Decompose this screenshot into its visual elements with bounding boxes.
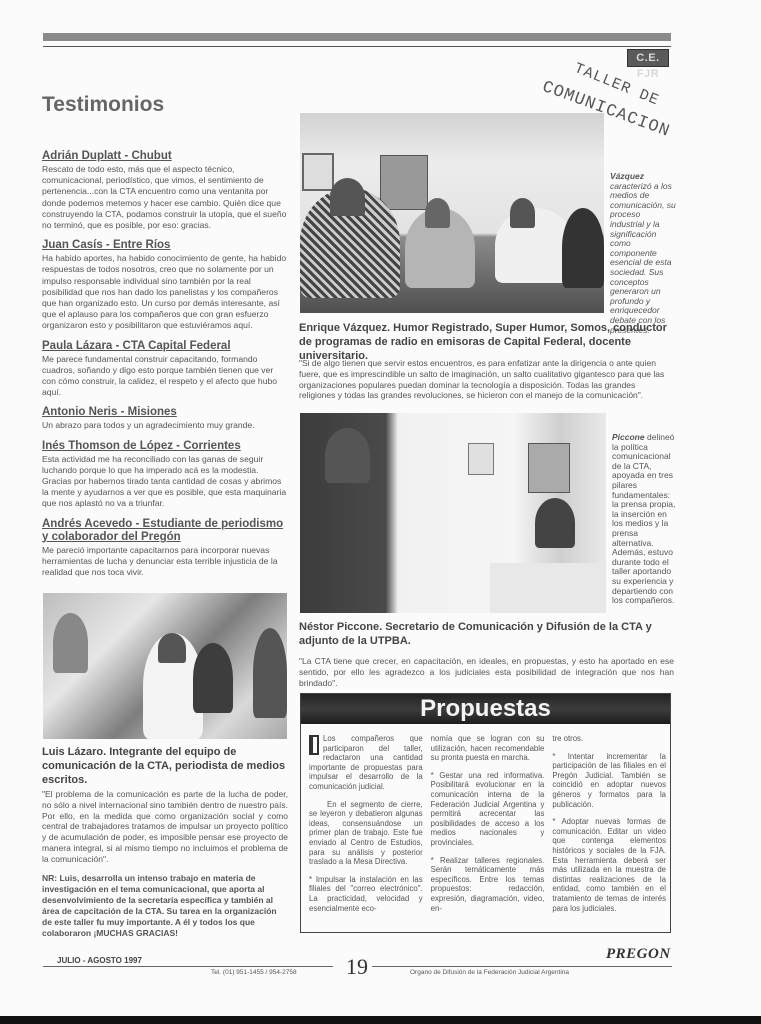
luis-quote: "El problema de la comunicación es parte…: [42, 789, 288, 865]
vazquez-heading: Enrique Vázquez. Humor Registrado, Super…: [299, 321, 674, 363]
piccone-heading: Néstor Piccone. Secretario de Comunicaci…: [299, 620, 674, 648]
editor-note: NR: Luis, desarrolla un intenso trabajo …: [42, 873, 288, 939]
phone-number: Tel. (01) 951-1455 / 954-2758: [211, 969, 297, 976]
page-bottom-bar: [0, 1016, 761, 1024]
header-rule-thin: [43, 46, 671, 47]
caption-text: delineó la política comunicacional de la…: [612, 432, 675, 605]
testimony-name: Inés Thomson de López - Corrientes: [42, 440, 288, 453]
footer-rule-left: [43, 966, 333, 967]
panel-photo: [300, 113, 604, 313]
testimony-name: Antonio Neris - Misiones: [42, 406, 288, 419]
paragraph: tre otros.: [552, 734, 666, 744]
testimony-name: Adrián Duplatt - Chubut: [42, 150, 288, 163]
issue-date: JULIO - AGOSTO 1997: [57, 956, 142, 965]
testimony: Juan Casís - Entre Ríos Ha habido aporte…: [42, 239, 288, 331]
testimonies-column: Adrián Duplatt - Chubut Rescato de todo …: [42, 150, 288, 586]
propuestas-box: Propuestas Los compañeros que participar…: [300, 693, 671, 933]
testimony: Antonio Neris - Misiones Un abrazo para …: [42, 406, 288, 431]
dropcap-icon: [309, 735, 319, 755]
paragraph: Los compañeros que participaron del tall…: [309, 734, 423, 791]
caption-text: caracterizó a los medios de comunicación…: [610, 181, 676, 335]
caption-name: Vázquez: [610, 171, 644, 181]
testimony-text: Ha habido aportes, ha habido conocimient…: [42, 253, 288, 331]
testimony-text: Rescato de todo esto, más que el aspecto…: [42, 164, 288, 231]
pregon-logo: PREGON: [606, 946, 671, 963]
propuestas-column-3: tre otros. * Intentar incrementar la par…: [552, 734, 666, 921]
paragraph: * Adoptar nuevas formas de comunicación.…: [552, 817, 666, 913]
piccone-photo: [300, 413, 606, 613]
vazquez-quote: "Si de algo tienen que servir estos encu…: [299, 358, 674, 401]
footer-rule-right: [372, 966, 672, 967]
testimony: Paula Lázara - CTA Capital Federal Me pa…: [42, 340, 288, 399]
propuestas-column-1: Los compañeros que participaron del tall…: [309, 734, 423, 921]
header-rule-thick: [43, 33, 671, 41]
testimony-name: Paula Lázara - CTA Capital Federal: [42, 340, 288, 353]
paragraph: nomía que se logran con su utilización, …: [431, 734, 545, 763]
vazquez-side-caption: Vázquez caracterizó a los medios de comu…: [610, 172, 676, 335]
audience-photo: [43, 593, 287, 739]
testimony-text: Me parece fundamental construir capacita…: [42, 354, 288, 399]
caption-name: Piccone: [612, 432, 645, 442]
piccone-quote: "La CTA tiene que crecer, en capacitació…: [299, 656, 674, 688]
paragraph: En el segmento de cierre, se leyeron y d…: [309, 800, 423, 867]
luis-heading: Luis Lázaro. Integrante del equipo de co…: [42, 745, 288, 787]
paragraph: * Intentar incrementar la participación …: [552, 752, 666, 810]
testimony-name: Juan Casís - Entre Ríos: [42, 239, 288, 252]
propuestas-column-2: nomía que se logran con su utilización, …: [431, 734, 545, 921]
testimony: Inés Thomson de López - Corrientes Esta …: [42, 440, 288, 510]
paragraph: * Realizar talleres regionales. Serán te…: [431, 856, 545, 914]
testimony-text: Me pareció importante capacitarnos para …: [42, 545, 288, 579]
paragraph: * Impulsar la instalación en las filiale…: [309, 875, 423, 913]
testimony-name: Andrés Acevedo - Estudiante de periodism…: [42, 518, 288, 544]
testimony: Andrés Acevedo - Estudiante de periodism…: [42, 518, 288, 579]
section-title: Testimonios: [42, 93, 164, 117]
publication-tagline: Organo de Difusión de la Federación Judi…: [410, 969, 569, 976]
page-number: 19: [346, 954, 368, 980]
testimony-text: Esta actividad me ha reconciliado con la…: [42, 454, 288, 510]
piccone-side-caption: Piccone delineó la política comunicacion…: [612, 433, 678, 606]
testimony-text: Un abrazo para todos y un agradecimiento…: [42, 420, 288, 431]
propuestas-columns: Los compañeros que participaron del tall…: [309, 734, 666, 921]
paragraph: * Gestar una red informativa. Posibilita…: [431, 771, 545, 848]
testimony: Adrián Duplatt - Chubut Rescato de todo …: [42, 150, 288, 231]
propuestas-title: Propuestas: [301, 694, 670, 724]
